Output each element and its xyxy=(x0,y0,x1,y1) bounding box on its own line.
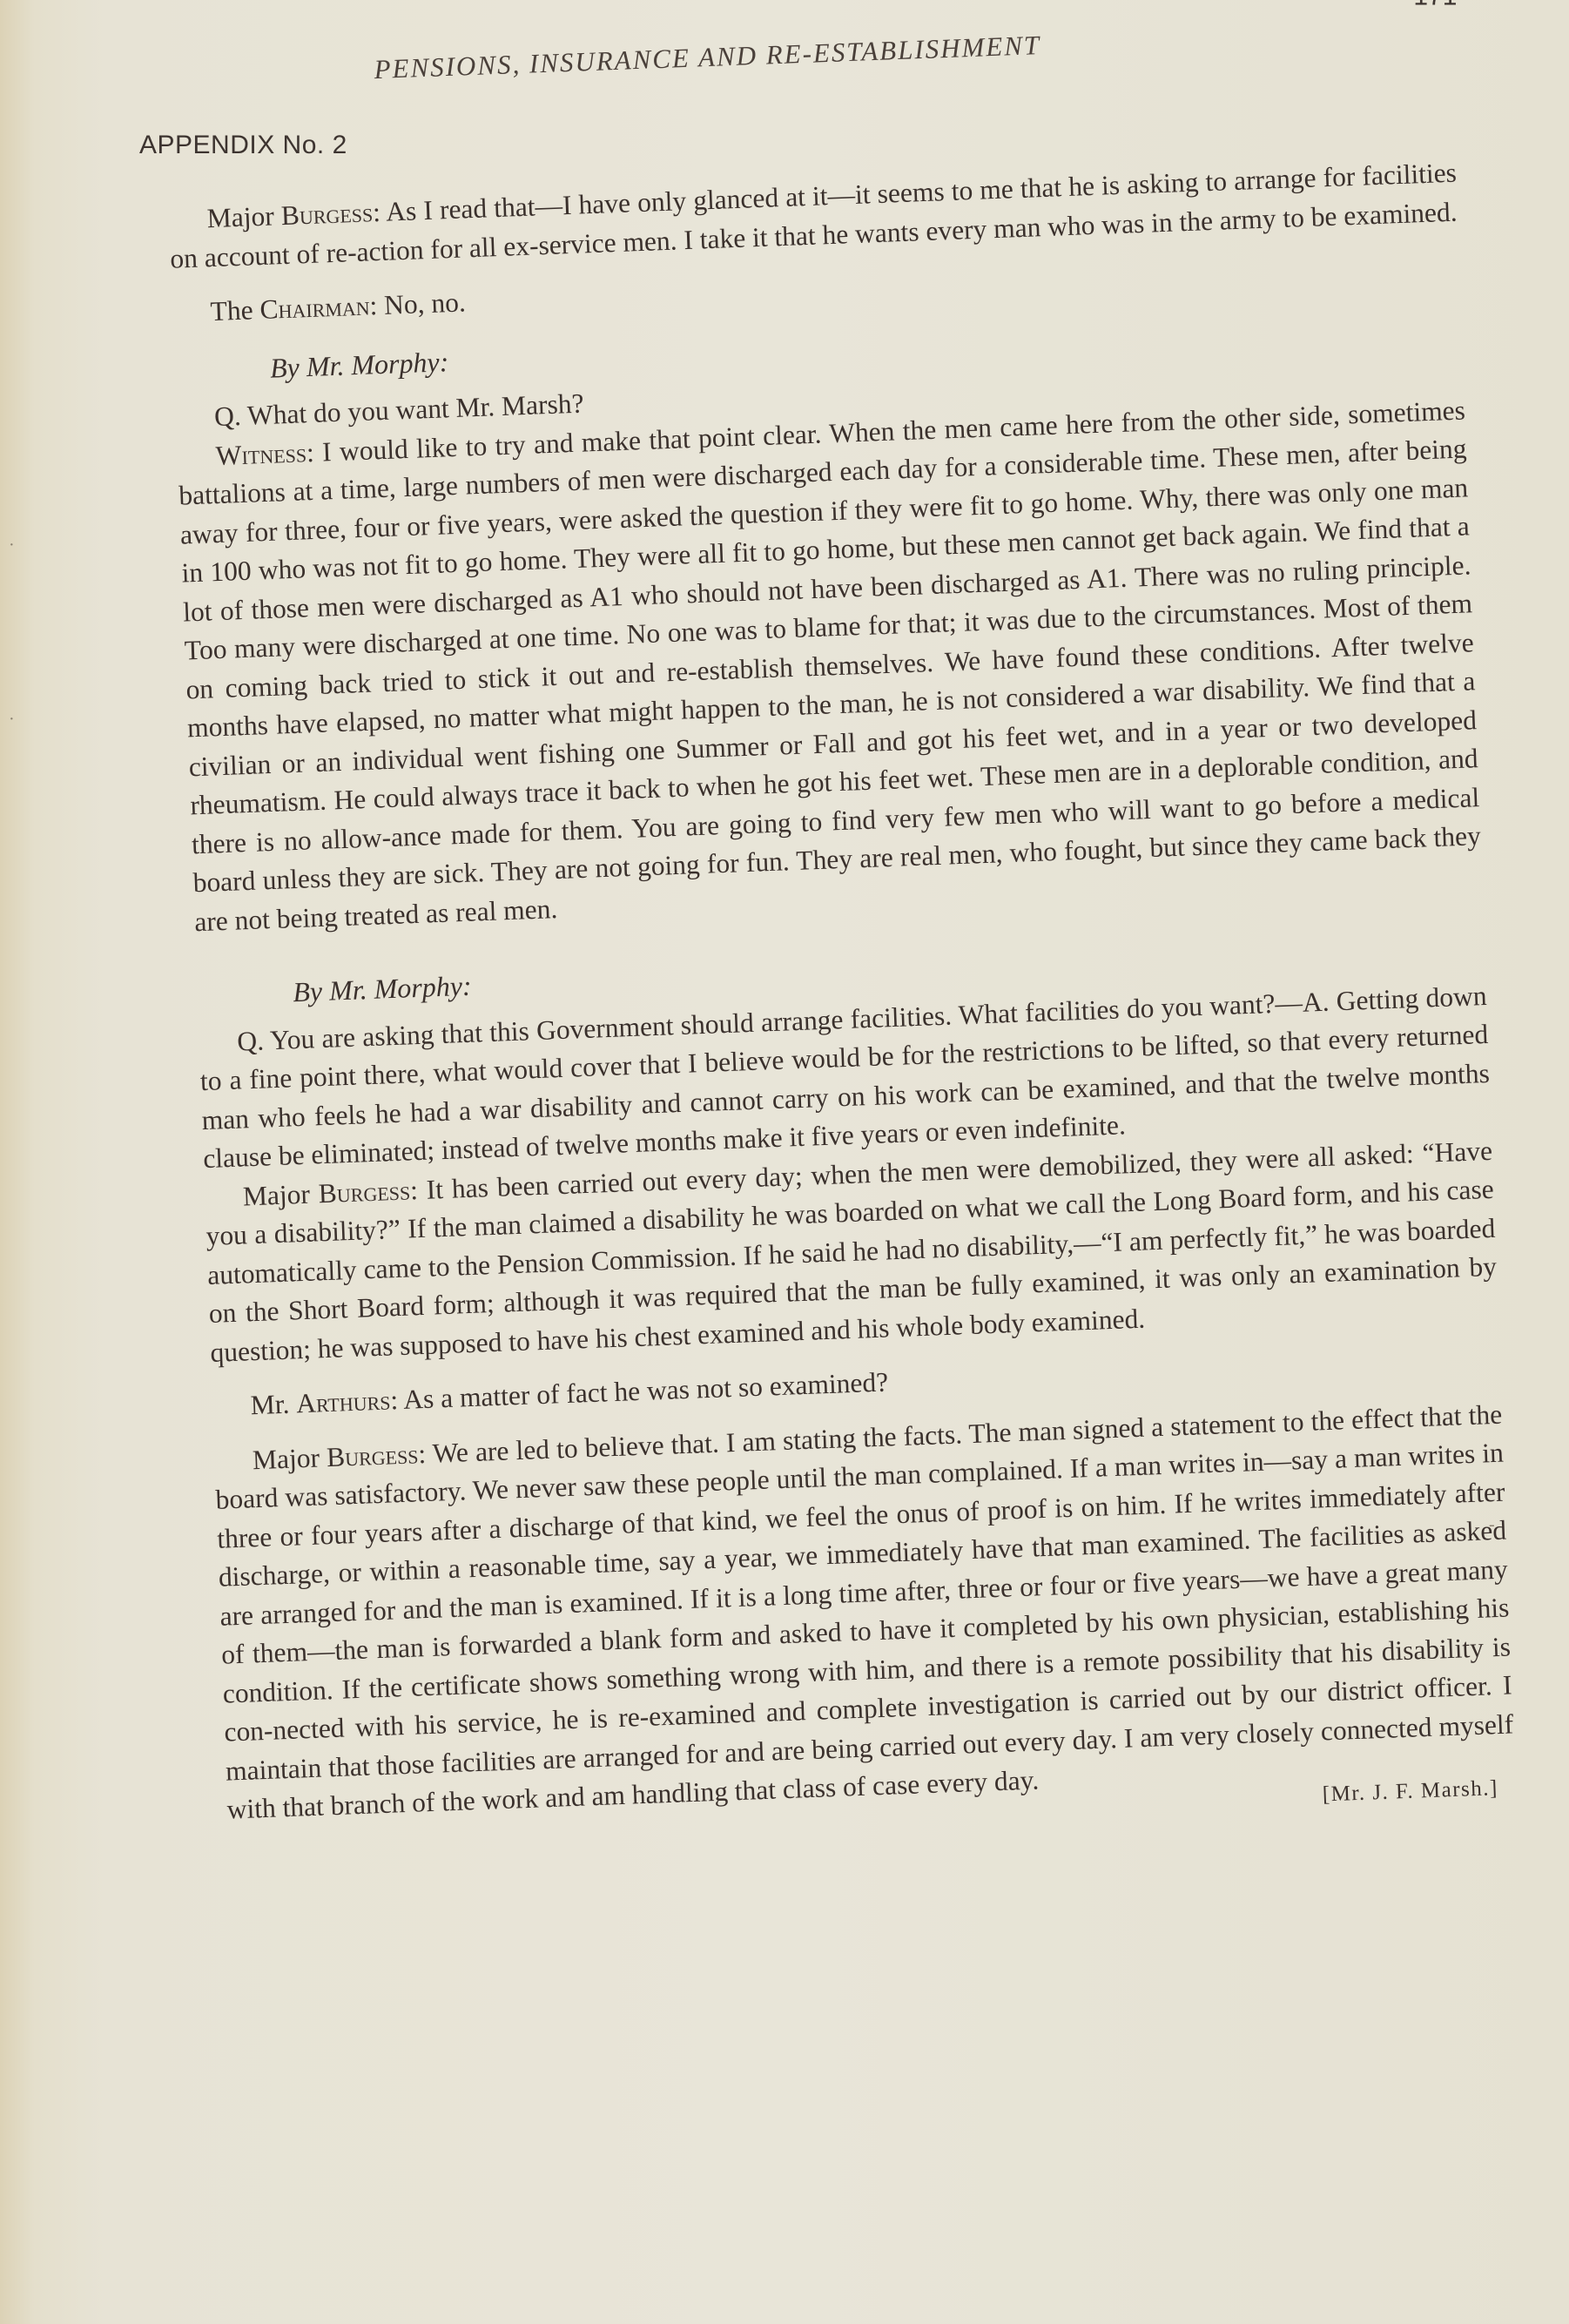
speaker-name: Witness xyxy=(215,437,307,471)
speaker-prefix: Major xyxy=(242,1178,319,1211)
speaker-name: Chairman xyxy=(259,290,370,325)
speaker-prefix: Major xyxy=(252,1442,327,1475)
page-number: 171 xyxy=(1413,0,1457,11)
margin-speck: · xyxy=(9,710,15,730)
document-body: Major Burgess: As I read that—I have onl… xyxy=(168,154,1517,1855)
appendix-label: APPENDIX No. 2 xyxy=(139,131,347,160)
speaker-name: Burgess xyxy=(280,197,374,231)
speech-text: : As a matter of fact he was not so exam… xyxy=(390,1366,889,1415)
speaker-name: Burgess xyxy=(318,1175,411,1209)
speech-paragraph: Major Burgess: We are led to believe tha… xyxy=(213,1395,1515,1829)
speaker-prefix: The xyxy=(210,294,260,327)
speaker-name: Burgess xyxy=(326,1438,419,1472)
speaker-name: Arthurs xyxy=(296,1384,391,1418)
margin-dash: - xyxy=(1489,1515,1495,1535)
running-title: PENSIONS, INSURANCE AND RE-ESTABLISHMENT xyxy=(374,30,1041,85)
speech-paragraph: Witness: I would like to try and make th… xyxy=(177,391,1483,941)
document-page: PENSIONS, INSURANCE AND RE-ESTABLISHMENT… xyxy=(0,0,1569,2324)
speaker-prefix: Mr. xyxy=(250,1388,297,1420)
speech-text: : No, no. xyxy=(369,286,466,320)
margin-speck: · xyxy=(9,536,15,556)
speaker-prefix: Major xyxy=(206,200,281,233)
speech-text: : I would like to try and make that poin… xyxy=(178,394,1482,937)
